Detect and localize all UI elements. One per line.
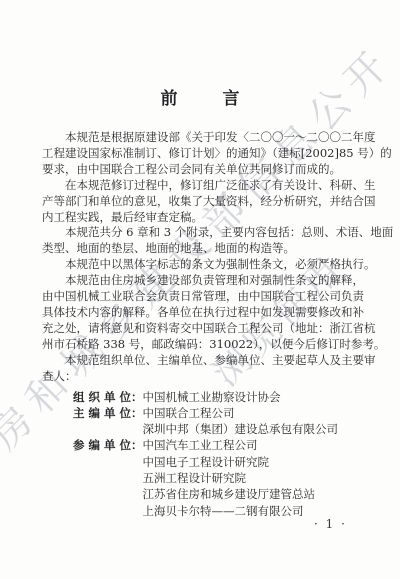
unit-value: 江苏省住房和城乡建设厅建管总站 [143, 486, 316, 502]
text-line: 查人： [42, 369, 360, 385]
text-line: 在本规范修订过程中，修订组广泛征求了有关设计、科研、生 [42, 178, 360, 194]
page-number: · 1 · [314, 517, 347, 531]
unit-row: 参 编 单 位：中国汽车工业工程公司中国电子工程设计研究院五洲工程设计研究院江苏… [73, 437, 360, 518]
text-line: 由中国机械工业联合会负责日常管理，由中国联合工程公司负责 [42, 289, 360, 305]
unit-row: 主 编 单 位：中国联合工程公司深圳中邦（集团）建设总承包有限公司 [73, 405, 360, 438]
unit-label: 组 织 单 位： [73, 389, 143, 405]
unit-value: 上海贝卡尔特——二钢有限公司 [143, 503, 316, 519]
text-line: 本规范是根据原建设部《关于印发〈二〇〇一～二〇〇二年度 [42, 130, 360, 146]
document-body: 本规范是根据原建设部《关于印发〈二〇〇一～二〇〇二年度工程建设国家标准制订、修订… [42, 130, 360, 519]
text-line: 内工程实践，最后经审查定稿。 [42, 210, 360, 226]
unit-values: 中国机械工业勘察设计协会 [143, 389, 281, 405]
text-line: 本规范共分 6 章和 3 个附录，主要内容包括：总则、术语、地面 [42, 225, 360, 241]
unit-values: 中国联合工程公司深圳中邦（集团）建设总承包有限公司 [143, 405, 339, 438]
text-line: 充之处，请将意见和资料寄交中国联合工程公司（地址：浙江省杭 [42, 321, 360, 337]
unit-value: 中国汽车工业工程公司 [143, 437, 316, 453]
text-line: 类型、地面的垫层、地面的地基、地面的构造等。 [42, 241, 360, 257]
unit-value: 中国电子工程设计研究院 [143, 454, 316, 470]
text-line: 工程建设国家标准制订、修订计划〉的通知》（建标[2002]85 号）的 [42, 146, 360, 162]
unit-value: 深圳中邦（集团）建设总承包有限公司 [143, 421, 339, 437]
unit-value: 五洲工程设计研究院 [143, 470, 316, 486]
text-line: 具体技术内容的解释。各单位在执行过程中如发现需要修改和补 [42, 305, 360, 321]
page-title: 前 言 [0, 84, 400, 109]
text-line: 产等部门和单位的意见，收集了大量资料，经分析研究，并结合国 [42, 194, 360, 210]
text-line: 州市石桥路 338 号，邮政编码：310022），以便今后修订时参考。 [42, 337, 360, 353]
unit-values: 中国汽车工业工程公司中国电子工程设计研究院五洲工程设计研究院江苏省住房和城乡建设… [143, 437, 316, 518]
unit-row: 组 织 单 位：中国机械工业勘察设计协会 [73, 389, 360, 405]
unit-label: 参 编 单 位： [73, 437, 143, 453]
units-block: 组 织 单 位：中国机械工业勘察设计协会主 编 单 位：中国联合工程公司深圳中邦… [73, 389, 360, 519]
text-line: 本规范由住房城乡建设部负责管理和对强制性条文的解释， [42, 273, 360, 289]
text-line: 本规范中以黑体字标志的条文为强制性条文，必须严格执行。 [42, 257, 360, 273]
text-line: 要求，由中国联合工程公司会同有关单位共同修订而成的。 [42, 162, 360, 178]
unit-label: 主 编 单 位： [73, 405, 143, 421]
text-line: 本规范组织单位、主编单位、参编单位、主要起草人及主要审 [42, 353, 360, 369]
unit-value: 中国联合工程公司 [143, 405, 339, 421]
unit-value: 中国机械工业勘察设计协会 [143, 389, 281, 405]
document-page: 住房和城乡建设部信息公开 浏览使用 前 言 本规范是根据原建设部《关于印发〈二〇… [0, 0, 400, 579]
